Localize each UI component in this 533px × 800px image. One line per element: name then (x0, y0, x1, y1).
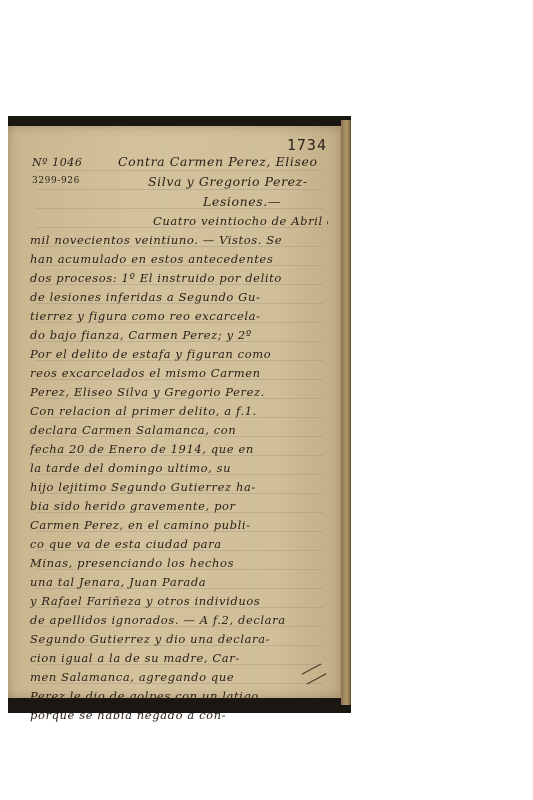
body-line: una tal Jenara, Juan Parada (30, 575, 330, 589)
body-line: mil novecientos veintiuno. — Vistos. Se (30, 233, 330, 247)
body-line: dos procesos: 1º El instruido por delito (30, 271, 330, 285)
body-line: de apellidos ignorados. — A f.2, declara (30, 613, 330, 627)
body-line: reos excarcelados el mismo Carmen (30, 366, 330, 380)
body-line: Perez, Eliseo Silva y Gregorio Perez. (30, 385, 330, 399)
body-line: bia sido herido gravemente, por (30, 499, 330, 513)
body-line: Segundo Gutierrez y dio una declara- (30, 632, 330, 646)
body-line: de lesiones inferidas a Segundo Gu- (30, 290, 330, 304)
ruled-line (36, 189, 323, 190)
body-line: hijo lejitimo Segundo Gutierrez ha- (30, 480, 330, 494)
case-reference: 3299-926 (32, 176, 80, 186)
body-line: do bajo fianza, Carmen Perez; y 2º (30, 328, 330, 342)
body-line: porque se habia negado a con- (30, 708, 330, 722)
body-line: men Salamanca, agregando que (30, 670, 330, 684)
title-line: Silva y Gregorio Perez- (148, 174, 308, 189)
scanned-ledger-page: 1734 Nº 1046 3299-926 Contra Carmen Pere… (8, 116, 351, 713)
body-line: Por el delito de estafa y figuran como (30, 347, 330, 361)
body-line: la tarde del domingo ultimo, su (30, 461, 330, 475)
ledger-page: 1734 Nº 1046 3299-926 Contra Carmen Pere… (8, 126, 341, 698)
book-page-edge (341, 120, 351, 705)
body-line: han acumulado en estos antecedentes (30, 252, 330, 266)
title-line: Lesiones.— (203, 194, 281, 209)
body-line: cion igual a la de su madre, Car- (30, 651, 330, 665)
body-line: Cuatro veintiocho de Abril de (153, 214, 328, 228)
case-number: Nº 1046 (32, 156, 83, 169)
body-line: Con relacion al primer delito, a f.1. (30, 404, 330, 418)
body-line: Carmen Perez, en el camino publi- (30, 518, 330, 532)
body-line: fecha 20 de Enero de 1914, que en (30, 442, 330, 456)
page-number: 1734 (287, 136, 327, 154)
body-line: Minas, presenciando los hechos (30, 556, 330, 570)
body-line: declara Carmen Salamanca, con (30, 423, 330, 437)
ruled-line (36, 170, 323, 171)
body-line: tierrez y figura como reo excarcela- (30, 309, 330, 323)
body-line: y Rafael Fariñeza y otros individuos (30, 594, 330, 608)
body-line: Perez le dio de golpes con un latigo, (30, 689, 330, 703)
title-line: Contra Carmen Perez, Eliseo (118, 154, 318, 169)
body-line: co que va de esta ciudad para (30, 537, 330, 551)
